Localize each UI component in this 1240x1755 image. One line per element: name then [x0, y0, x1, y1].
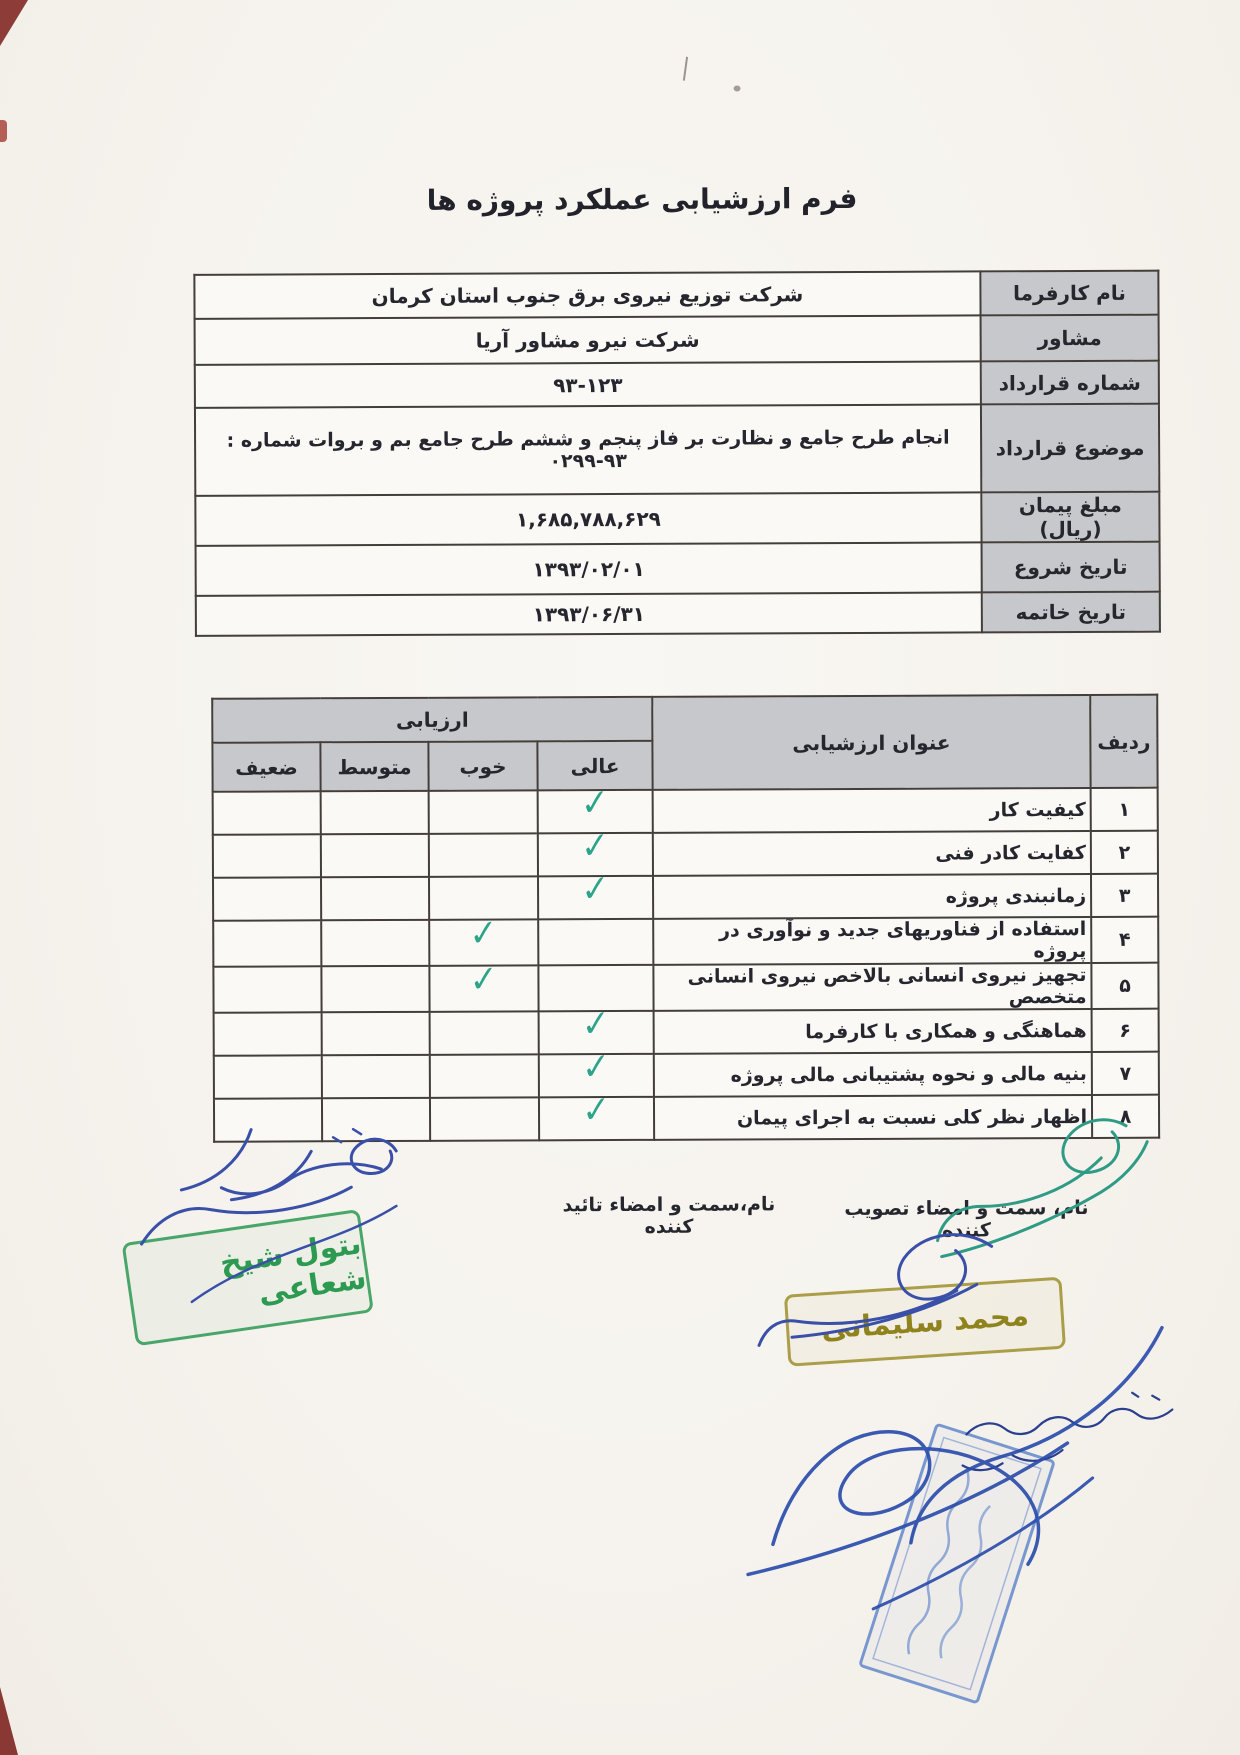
eval-header-average: متوسط [320, 742, 428, 791]
row-title-cell: هماهنگی و همکاری با کارفرما [654, 1009, 1092, 1054]
info-value-cell: ۱,۶۸۵,۷۸۸,۶۲۹ [195, 492, 981, 545]
eval-row: ۲ کفایت کادر فنی ✓ [213, 831, 1158, 878]
row-title-cell: کفایت کادر فنی [653, 831, 1091, 876]
rating-cell-weak [213, 834, 321, 877]
rating-cell-weak [214, 1055, 322, 1098]
info-row: تاریخ خاتمه ۱۳۹۳/۰۶/۳۱ [196, 592, 1160, 636]
rating-cell-average [321, 966, 429, 1012]
eval-header-row: ردیف عنوان ارزشیابی ارزیابی [212, 695, 1157, 743]
info-label-cell: نام کارفرما [980, 271, 1158, 316]
row-number-cell: ۵ [1091, 963, 1158, 1009]
approver-label: نام، سمت و امضاء تصویب کننده [836, 1197, 1096, 1242]
row-number-cell: ۶ [1092, 1009, 1159, 1052]
info-label-cell: موضوع قرارداد [981, 404, 1159, 493]
info-row: نام کارفرما شرکت توزیع نیروی برق جنوب اس… [194, 271, 1158, 319]
info-row: موضوع قرارداد انجام طرح جامع و نظارت بر … [195, 404, 1159, 496]
rating-cell-average [322, 1012, 430, 1055]
rating-cell-weak [213, 920, 321, 966]
checkmark-icon: ✓ [582, 1054, 611, 1086]
row-number-cell: ۷ [1092, 1052, 1159, 1095]
eval-row: ۳ زمانبندی پروژه ✓ [213, 874, 1158, 921]
row-number-cell: ۱ [1091, 788, 1158, 831]
rating-cell-excellent: ✓ [539, 1011, 654, 1055]
eval-row: ۸ اظهار نظر کلی نسبت به اجرای پیمان ✓ [214, 1095, 1159, 1142]
rating-cell-excellent: ✓ [538, 876, 653, 920]
scan-artifact-line [683, 57, 688, 81]
scan-artifact-edge [0, 120, 7, 142]
info-row: تاریخ شروع ۱۳۹۳/۰۲/۰۱ [196, 542, 1160, 596]
rating-cell-excellent [538, 965, 653, 1012]
row-title-cell: استفاده از فناوریهای جدید و نوآوری در پر… [653, 917, 1091, 965]
rating-cell-good [430, 1097, 539, 1140]
verifier-stamp-name: بتول شیخ شعاعی [127, 1226, 369, 1329]
info-value-cell: انجام طرح جامع و نظارت بر فاز پنجم و ششم… [195, 404, 981, 495]
rating-cell-excellent: ✓ [538, 790, 653, 834]
rating-cell-good: ✓ [429, 965, 538, 1011]
eval-row: ۶ هماهنگی و همکاری با کارفرما ✓ [214, 1009, 1159, 1056]
info-label-cell: تاریخ خاتمه [982, 592, 1160, 633]
rating-cell-average [321, 877, 429, 920]
form-content: فرم ارزشیابی عملکرد پروژه ها نام کارفرما… [0, 0, 1240, 1755]
checkmark-icon: ✓ [581, 790, 610, 822]
eval-row: ۴ استفاده از فناوریهای جدید و نوآوری در … [213, 917, 1158, 967]
info-value-cell: ۱۳۹۳/۰۲/۰۱ [196, 542, 982, 595]
info-value-cell: شرکت نیرو مشاور آریا [195, 315, 981, 364]
info-row: شماره قرارداد ۹۳-۱۲۳ [195, 361, 1159, 408]
checkmark-icon: ✓ [469, 919, 498, 953]
row-number-cell: ۸ [1092, 1095, 1159, 1138]
eval-header-good: خوب [428, 741, 537, 790]
approver-stamp-name: محمد سلیمانی [820, 1298, 1030, 1346]
rating-cell-weak [213, 966, 321, 1012]
rating-cell-weak [213, 877, 321, 920]
info-value-cell: ۹۳-۱۲۳ [195, 361, 981, 407]
rating-cell-weak [213, 791, 321, 834]
checkmark-icon: ✓ [581, 833, 610, 865]
rating-cell-weak [214, 1098, 322, 1141]
scanned-form-page: فرم ارزشیابی عملکرد پروژه ها نام کارفرما… [0, 0, 1240, 1755]
rating-cell-excellent: ✓ [539, 1097, 654, 1141]
scan-artifact-speck [734, 85, 741, 91]
row-title-cell: اظهار نظر کلی نسبت به اجرای پیمان [654, 1095, 1092, 1140]
verifier-label: نام،سمت و امضاء تائید کننده [546, 1193, 791, 1238]
rating-cell-average [321, 834, 429, 877]
checkmark-icon: ✓ [581, 1011, 610, 1043]
row-title-cell: کیفیت کار [653, 788, 1091, 833]
rating-cell-good [429, 876, 538, 919]
rating-cell-good: ✓ [429, 919, 538, 965]
rating-cell-excellent [538, 919, 653, 966]
rating-cell-excellent: ✓ [539, 1054, 654, 1098]
row-title-cell: زمانبندی پروژه [653, 874, 1091, 919]
rating-cell-average [321, 920, 429, 966]
row-number-cell: ۳ [1091, 874, 1158, 917]
verifier-stamp: بتول شیخ شعاعی [122, 1209, 374, 1346]
info-row: مبلغ پیمان (ریال) ۱,۶۸۵,۷۸۸,۶۲۹ [195, 492, 1159, 546]
info-label-cell: شماره قرارداد [981, 361, 1159, 405]
eval-row: ۷ بنیه مالی و نحوه پشتیبانی مالی پروژه ✓ [214, 1052, 1159, 1099]
info-value-cell: ۱۳۹۳/۰۶/۳۱ [196, 592, 982, 635]
page-title: فرم ارزشیابی عملکرد پروژه ها [337, 182, 947, 218]
rating-cell-average [322, 1055, 430, 1098]
rating-cell-weak [214, 1012, 322, 1055]
company-stamp-illegible-text [862, 1426, 1053, 1701]
checkmark-icon: ✓ [582, 1097, 611, 1129]
evaluation-table: ردیف عنوان ارزشیابی ارزیابی عالی خوب متو… [211, 694, 1160, 1143]
rating-cell-good [430, 1011, 539, 1054]
rating-cell-average [322, 1098, 430, 1141]
info-label-cell: تاریخ شروع [982, 542, 1160, 593]
approver-stamp: محمد سلیمانی [784, 1277, 1066, 1367]
eval-row: ۵ تجهیز نیروی انسانی بالاخص نیروی انسانی… [213, 963, 1158, 1013]
rating-cell-good [430, 1054, 539, 1097]
rating-cell-good [429, 833, 538, 876]
row-number-cell: ۲ [1091, 831, 1158, 874]
checkmark-icon: ✓ [469, 965, 498, 999]
row-number-cell: ۴ [1091, 917, 1158, 963]
row-title-cell: بنیه مالی و نحوه پشتیبانی مالی پروژه [654, 1052, 1092, 1097]
checkmark-icon: ✓ [581, 876, 610, 908]
company-stamp-blue [858, 1422, 1056, 1704]
contract-info-table: نام کارفرما شرکت توزیع نیروی برق جنوب اس… [193, 270, 1161, 637]
info-row: مشاور شرکت نیرو مشاور آریا [195, 315, 1159, 365]
rating-cell-average [321, 791, 429, 834]
info-label-cell: مشاور [981, 315, 1159, 362]
eval-row: ۱ کیفیت کار ✓ [213, 788, 1158, 835]
eval-header-group: ارزیابی [212, 697, 652, 743]
rating-cell-good [429, 790, 538, 833]
eval-header-title: عنوان ارزشیابی [652, 695, 1090, 790]
eval-header-rowno: ردیف [1090, 695, 1157, 788]
info-label-cell: مبلغ پیمان (ریال) [981, 492, 1159, 543]
row-title-cell: تجهیز نیروی انسانی بالاخص نیروی انسانی م… [653, 963, 1091, 1011]
eval-header-weak: ضعیف [212, 742, 320, 791]
info-value-cell: شرکت توزیع نیروی برق جنوب استان کرمان [194, 271, 980, 318]
eval-header-excellent: عالی [537, 741, 652, 791]
rating-cell-excellent: ✓ [538, 833, 653, 877]
